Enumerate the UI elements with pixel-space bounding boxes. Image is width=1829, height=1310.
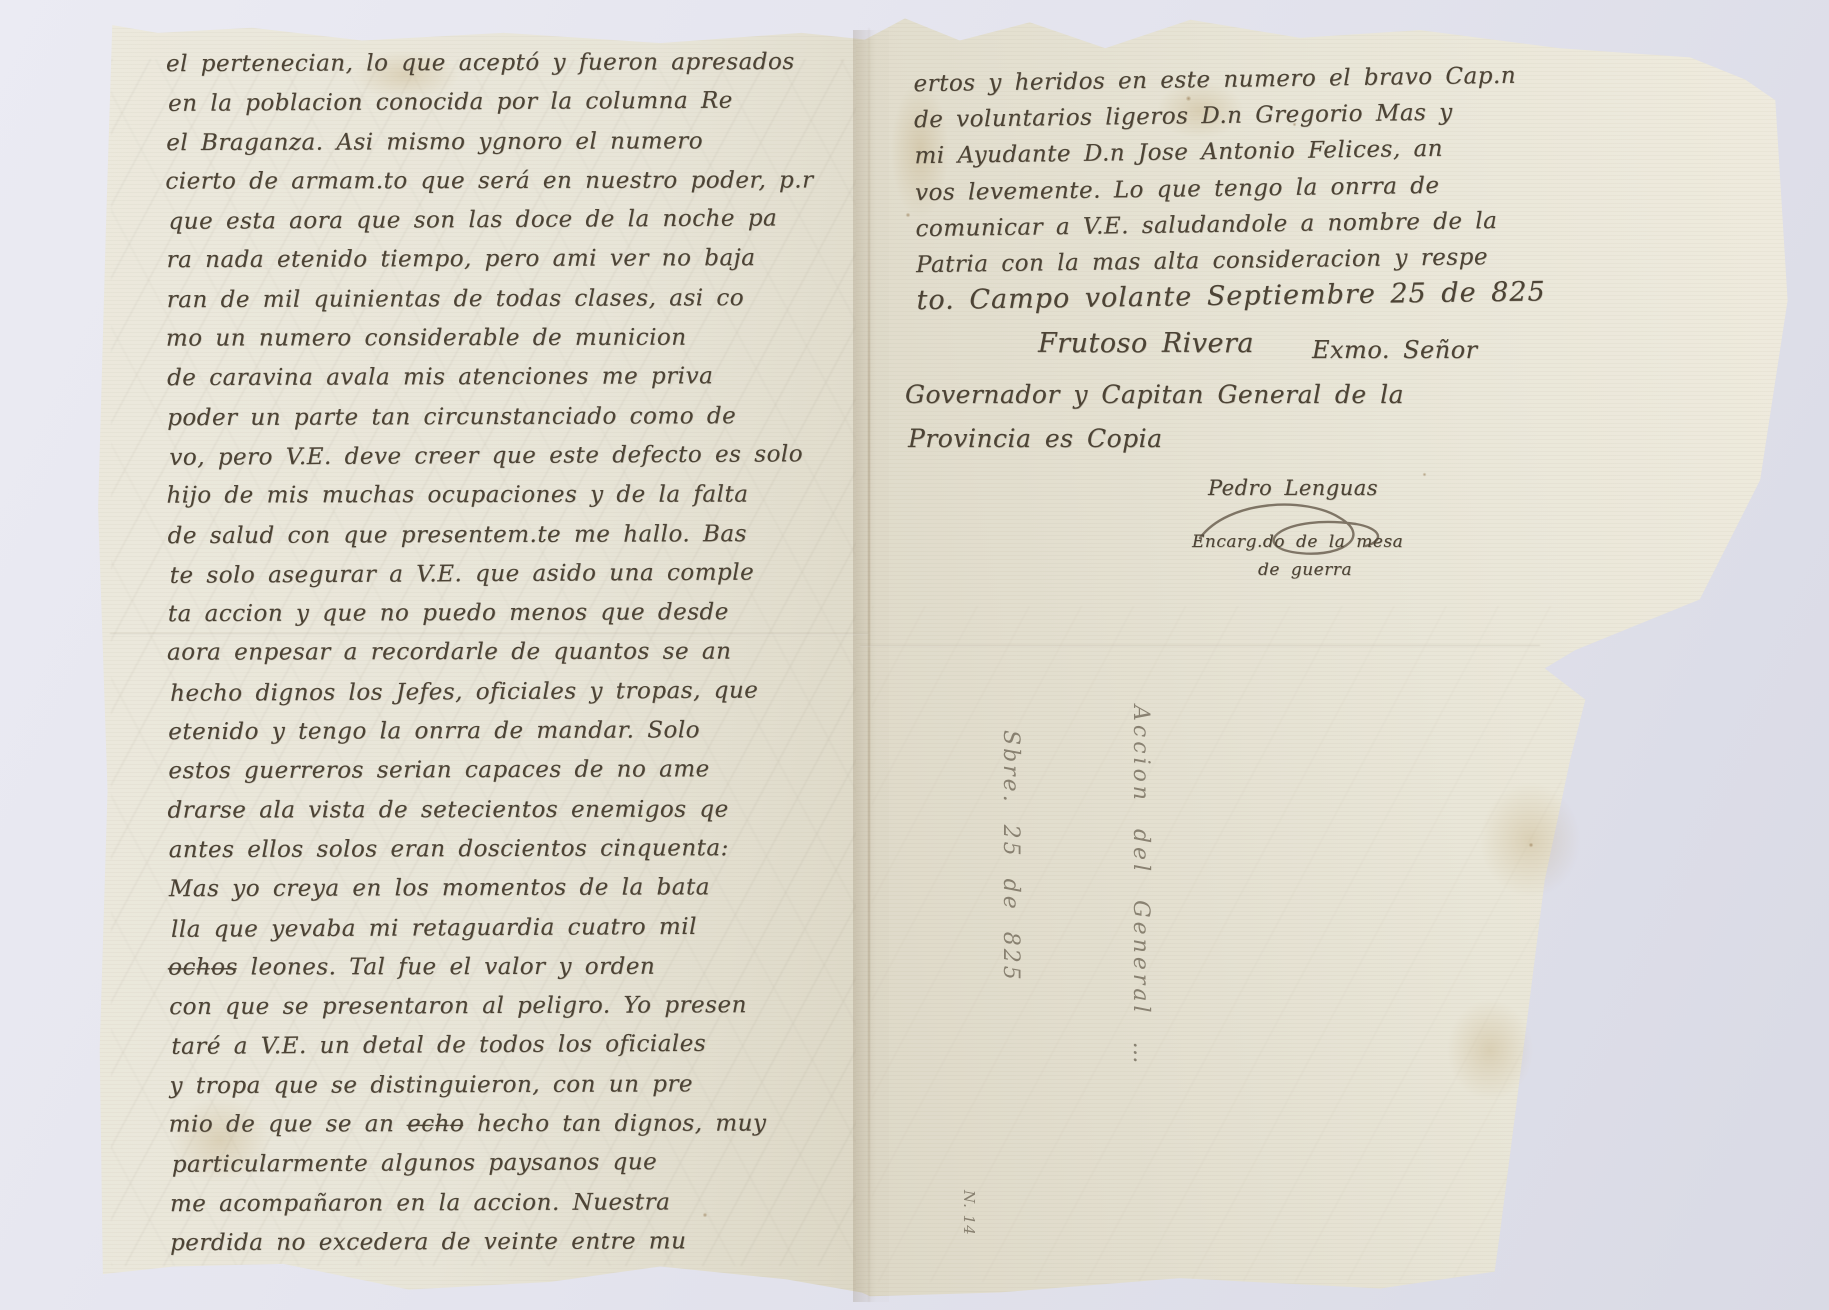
manuscript-line: antes ellos solos eran doscientos cinque… — [169, 829, 831, 871]
signature-addressee-line: Governador y Capitan General de la — [905, 380, 1404, 409]
manuscript-line: cierto de armam.to que será en nuestro p… — [165, 161, 827, 201]
manuscript-line: ran de mil quinientas de todas clases, a… — [167, 279, 829, 321]
manuscript-line: taré a V.E. un detal de todos los oficia… — [171, 1025, 833, 1068]
manuscript-line: ta accion y que no puedo menos que desde — [168, 593, 830, 635]
manuscript-line: aora enpesar a recordarle de quantos se … — [167, 633, 829, 673]
manuscript-line: me acompañaron en la accion. Nuestra — [170, 1182, 832, 1224]
manuscript-line: etenido y tengo la onrra de mandar. Solo — [168, 711, 830, 753]
manuscript-line: poder un parte tan circunstanciado como … — [167, 397, 829, 439]
copyist-title-line1: Encarg.do de la mesa — [1192, 532, 1403, 552]
manuscript-line: el pertenecian, lo que aceptó y fueron a… — [166, 43, 828, 85]
manuscript-line: perdida no excedera de veinte entre mu — [170, 1222, 832, 1264]
left-page-handwritten-text: el pertenecian, lo que aceptó y fueron a… — [166, 43, 832, 1264]
manuscript-line: mio de que se an e̶c̶h̶o̶ hecho tan dign… — [169, 1104, 831, 1144]
manuscript-line: de salud con que presentem.te me hallo. … — [168, 514, 830, 556]
manuscript-line: estos guerreros serian capaces de no ame — [168, 750, 830, 792]
manuscript-line: con que se presentaron al peligro. Yo pr… — [169, 986, 831, 1028]
photograph-of-manuscript-letter: el pertenecian, lo que aceptó y fueron a… — [0, 0, 1829, 1310]
docket-number-mark: N. 14 — [960, 1190, 978, 1236]
manuscript-line: o̶c̶h̶o̶s̶ leones. Tal fue el valor y or… — [168, 947, 830, 987]
manuscript-line: drarse ala vista de setecientos enemigos… — [168, 790, 830, 830]
manuscript-line: hecho dignos los Jefes, oficiales y trop… — [170, 671, 832, 714]
manuscript-line: Mas yo creya en los momentos de la bata — [169, 868, 831, 910]
right-page-handwritten-text: ertos y heridos en este numero el bravo … — [913, 58, 1516, 320]
copyist-signature: Pedro Lenguas — [1208, 476, 1378, 500]
manuscript-line: particularmente algunos paysanos que — [172, 1142, 834, 1185]
manuscript-line: vo, pero V.E. deve creer que este defect… — [169, 435, 831, 478]
signature-province-line: Provincia es Copia — [908, 424, 1163, 453]
signature-signer-name: Frutoso Rivera — [1038, 328, 1254, 359]
signature-honorific: Exmo. Señor — [1312, 336, 1478, 364]
manuscript-line: hijo de mis muchas ocupaciones y de la f… — [166, 476, 828, 516]
copyist-title-line2: de guerra — [1258, 560, 1352, 580]
docket-action-note: Accion del General … — [1128, 705, 1153, 1068]
manuscript-line: ra nada etenido tiempo, pero ami ver no … — [167, 239, 829, 281]
manuscript-line: de caravina avala mis atenciones me priv… — [167, 357, 829, 399]
manuscript-line: el Braganza. Asi mismo ygnoro el numero — [166, 121, 828, 163]
manuscript-line: en la poblacion conocida por la columna … — [168, 81, 830, 124]
manuscript-line: mo un numero considerable de municion — [166, 319, 828, 359]
manuscript-line: que esta aora que son las doce de la noc… — [168, 199, 830, 242]
manuscript-line: lla que yevaba mi retaguardia cuatro mil — [171, 907, 833, 950]
manuscript-line: y tropa que se distinguieron, con un pre — [169, 1065, 831, 1107]
manuscript-line: te solo asegurar a V.E. que asido una co… — [170, 553, 832, 596]
docket-date-note: Sbre. 25 de 825 — [998, 730, 1023, 983]
